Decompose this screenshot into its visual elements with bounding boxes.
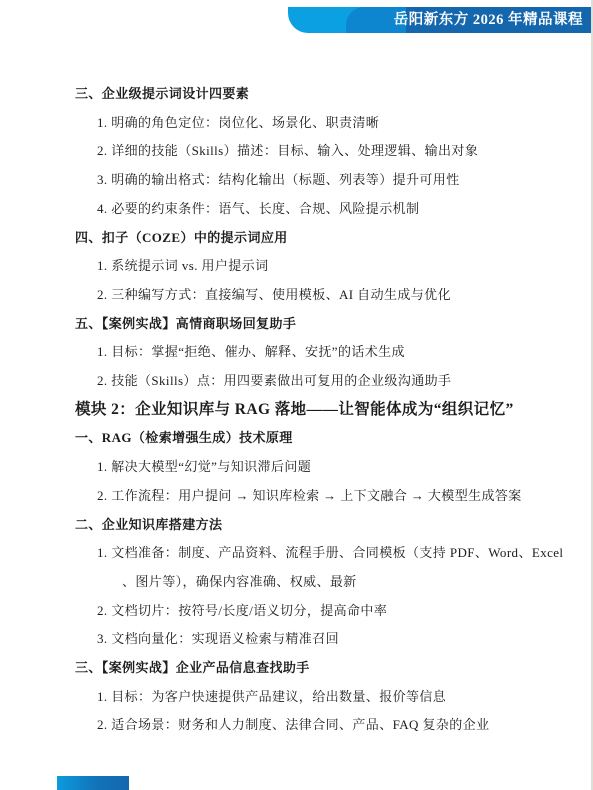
- outline-item-continuation: 、图片等），确保内容准确、权威、最新: [0, 568, 591, 597]
- section-heading: 四、扣子（COZE）中的提示词应用: [0, 224, 591, 253]
- section-heading: 三、【案例实战】企业产品信息查找助手: [0, 654, 591, 683]
- outline-item: 2. 详细的技能（Skills）描述：目标、输入、处理逻辑、输出对象: [0, 137, 591, 166]
- outline-item: 1. 目标：掌握“拒绝、催办、解释、安抚”的话术生成: [0, 338, 591, 367]
- outline-item: 2. 文档切片：按符号/长度/语义切分，提高命中率: [0, 597, 591, 626]
- document-page: 岳阳新东方 2026 年精品课程 三、企业级提示词设计四要素1. 明确的角色定位…: [0, 0, 593, 790]
- outline-item: 1. 解决大模型“幻觉”与知识滞后问题: [0, 453, 591, 482]
- section-heading: 二、企业知识库搭建方法: [0, 511, 591, 540]
- outline-item: 2. 技能（Skills）点：用四要素做出可复用的企业级沟通助手: [0, 367, 591, 396]
- module-heading: 模块 2：企业知识库与 RAG 落地——让智能体成为“组织记忆”: [0, 396, 591, 425]
- outline-item: 4. 必要的约束条件：语气、长度、合规、风险提示机制: [0, 195, 591, 224]
- outline-item: 1. 系统提示词 vs. 用户提示词: [0, 252, 591, 281]
- outline-item: 3. 文档向量化：实现语义检索与精准召回: [0, 625, 591, 654]
- outline-item: 2. 工作流程：用户提问 → 知识库检索 → 上下文融合 → 大模型生成答案: [0, 482, 591, 511]
- outline-item: 1. 文档准备：制度、产品资料、流程手册、合同模板（支持 PDF、Word、Ex…: [0, 539, 591, 568]
- section-heading: 三、企业级提示词设计四要素: [0, 80, 591, 109]
- section-heading: 五、【案例实战】高情商职场回复助手: [0, 310, 591, 339]
- outline-item: 1. 目标：为客户快速提供产品建议，给出数量、报价等信息: [0, 683, 591, 712]
- footer-accent-bar: [57, 776, 129, 790]
- section-heading: 一、RAG（检索增强生成）技术原理: [0, 424, 591, 453]
- outline-item: 3. 明确的输出格式：结构化输出（标题、列表等）提升可用性: [0, 166, 591, 195]
- outline-item: 1. 明确的角色定位：岗位化、场景化、职责清晰: [0, 109, 591, 138]
- outline-item: 2. 三种编写方式：直接编写、使用模板、AI 自动生成与优化: [0, 281, 591, 310]
- outline-item: 2. 适合场景：财务和人力制度、法律合同、产品、FAQ 复杂的企业: [0, 711, 591, 740]
- document-outline: 三、企业级提示词设计四要素1. 明确的角色定位：岗位化、场景化、职责清晰2. 详…: [0, 80, 591, 740]
- header-banner: 岳阳新东方 2026 年精品课程: [288, 7, 591, 33]
- banner-title: 岳阳新东方 2026 年精品课程: [394, 7, 583, 33]
